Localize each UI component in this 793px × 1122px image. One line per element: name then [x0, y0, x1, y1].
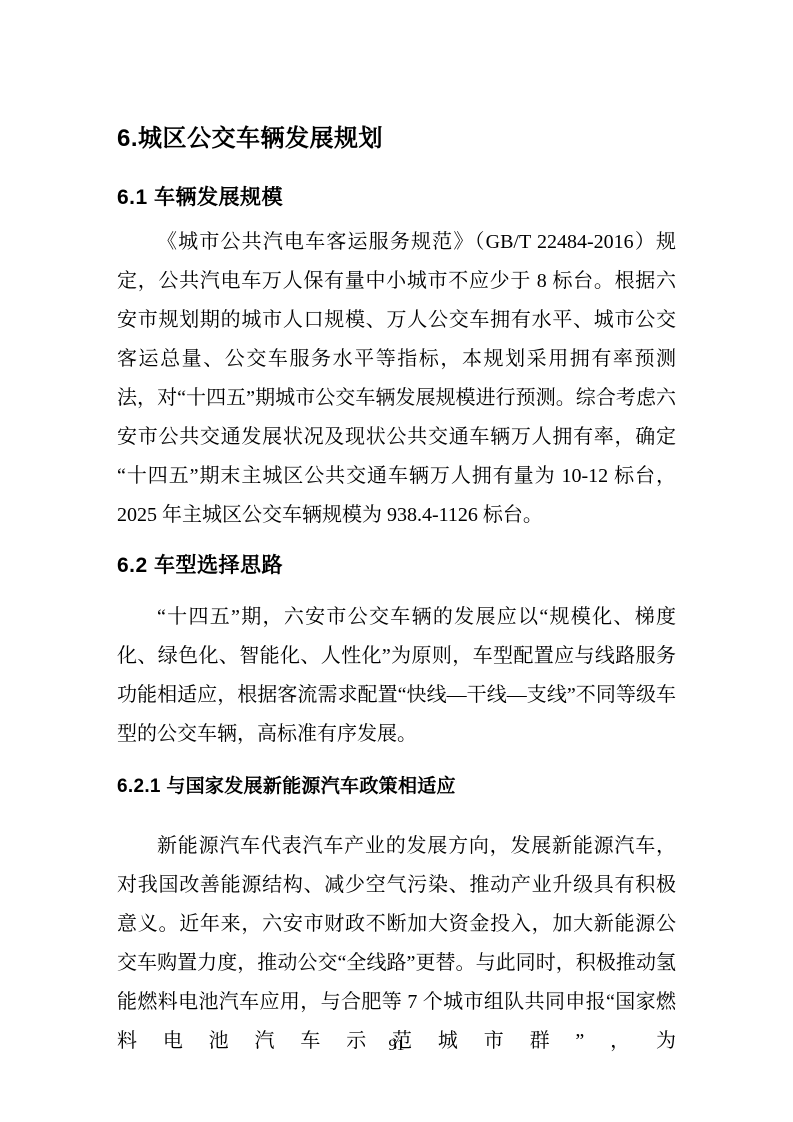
section-6-1-heading: 6.1 车辆发展规模 — [117, 184, 676, 212]
document-page: 6.城区公交车辆发展规划 6.1 车辆发展规模 《城市公共汽电车客运服务规范》（… — [0, 0, 793, 1122]
section-6-2-1-paragraph: 新能源汽车代表汽车产业的发展方向，发展新能源汽车，对我国改善能源结构、减少空气污… — [117, 827, 676, 1061]
section-6-2-heading: 6.2 车型选择思路 — [117, 552, 676, 580]
section-6-2-paragraph: “十四五”期，六安市公交车辆的发展应以“规模化、梯度化、绿色化、智能化、人性化”… — [117, 598, 676, 754]
section-6-2-1-heading: 6.2.1 与国家发展新能源汽车政策相适应 — [117, 774, 676, 800]
chapter-heading: 6.城区公交车辆发展规划 — [117, 123, 676, 154]
section-6-1-paragraph: 《城市公共汽电车客运服务规范》（GB/T 22484-2016）规定，公共汽电车… — [117, 223, 676, 535]
page-number: 91 — [0, 1036, 793, 1056]
